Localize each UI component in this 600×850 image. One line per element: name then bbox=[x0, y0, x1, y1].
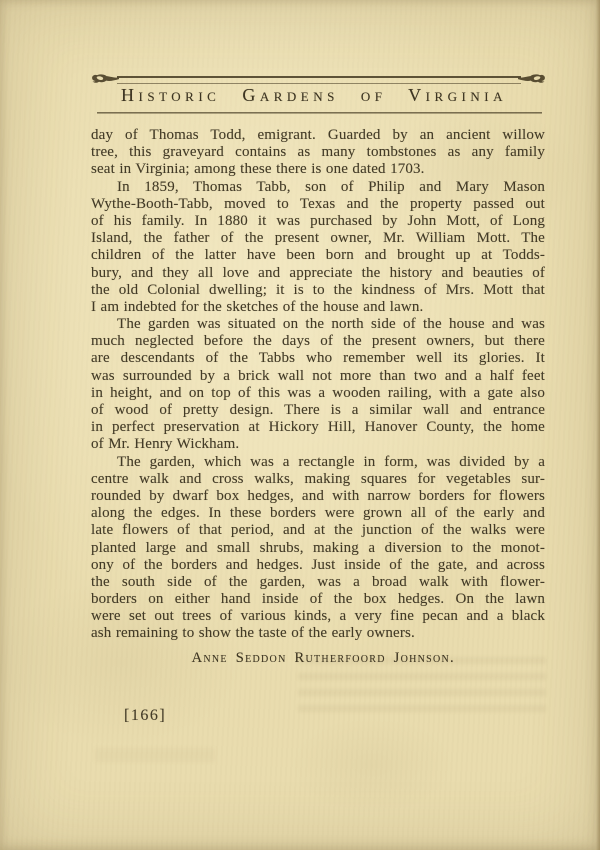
text-line: Wythe-Booth-Tabb, moved to Texas and the… bbox=[91, 196, 545, 213]
text-line: ash remaining to show the taste of the e… bbox=[91, 625, 545, 642]
scroll-flourish-icon bbox=[91, 72, 119, 85]
running-head-title: Historic Gardens of Virginia bbox=[83, 85, 545, 106]
book-page: Historic Gardens of Virginia day of Thom… bbox=[0, 0, 600, 850]
text-line: of wood of pretty design. There is a sim… bbox=[91, 402, 545, 419]
text-line: of his family. In 1880 it was purchased … bbox=[91, 213, 545, 230]
header-underline-rule bbox=[97, 112, 542, 114]
text-line: along the edges. In these borders were g… bbox=[91, 505, 545, 522]
text-line: ony of the borders and hedges. Just insi… bbox=[91, 557, 545, 574]
text-line: in height, and on top of this was a wood… bbox=[91, 385, 545, 402]
author-signature: Anne Seddon Rutherfoord Johnson. bbox=[91, 650, 545, 667]
bleed-through-artifact bbox=[95, 748, 215, 762]
ornamental-top-rule bbox=[117, 76, 521, 84]
page-edge-shadow bbox=[596, 0, 600, 850]
text-line: of Mr. Henry Wickham. bbox=[91, 436, 545, 453]
text-line: much neglected before the days of the pr… bbox=[91, 333, 545, 350]
paragraph: day of Thomas Todd, emigrant. Guarded by… bbox=[91, 127, 545, 179]
paragraph: In 1859, Thomas Tabb, son of Philip and … bbox=[91, 179, 545, 317]
text-line: In 1859, Thomas Tabb, son of Philip and … bbox=[91, 179, 545, 196]
text-line: rounded by dwarf box hedges, and with na… bbox=[91, 488, 545, 505]
paragraph: The garden, which was a rectangle in for… bbox=[91, 454, 545, 643]
text-line: are descendants of the Tabbs who remembe… bbox=[91, 350, 545, 367]
text-line: The garden was situated on the north sid… bbox=[91, 316, 545, 333]
body-text: day of Thomas Todd, emigrant. Guarded by… bbox=[91, 127, 545, 667]
text-line: late flowers of that period, and at the … bbox=[91, 522, 545, 539]
text-line: were set out trees of various kinds, a v… bbox=[91, 608, 545, 625]
text-line: day of Thomas Todd, emigrant. Guarded by… bbox=[91, 127, 545, 144]
text-line: I am indebted for the sketches of the ho… bbox=[91, 299, 545, 316]
text-line: was surrounded by a brick wall not more … bbox=[91, 368, 545, 385]
page-number: [166] bbox=[124, 707, 166, 725]
text-line: borders on either hand inside of the box… bbox=[91, 591, 545, 608]
text-line: seat in Virginia; among these there is o… bbox=[91, 161, 545, 178]
text-line: bury, and they all love and appreciate t… bbox=[91, 265, 545, 282]
scroll-flourish-icon bbox=[518, 72, 546, 85]
text-line: tree, this graveyard contains as many to… bbox=[91, 144, 545, 161]
text-line: the old Colonial dwelling; it is to the … bbox=[91, 282, 545, 299]
text-line: Island, the father of the present owner,… bbox=[91, 230, 545, 247]
text-line: in perfect preservation at Hickory Hill,… bbox=[91, 419, 545, 436]
text-line: The garden, which was a rectangle in for… bbox=[91, 454, 545, 471]
text-line: centre walk and cross walks, making squa… bbox=[91, 471, 545, 488]
text-line: children of the latter have been born an… bbox=[91, 247, 545, 264]
text-line: the south side of the garden, was a broa… bbox=[91, 574, 545, 591]
paragraph: The garden was situated on the north sid… bbox=[91, 316, 545, 454]
text-line: planted large and small shrubs, making a… bbox=[91, 540, 545, 557]
